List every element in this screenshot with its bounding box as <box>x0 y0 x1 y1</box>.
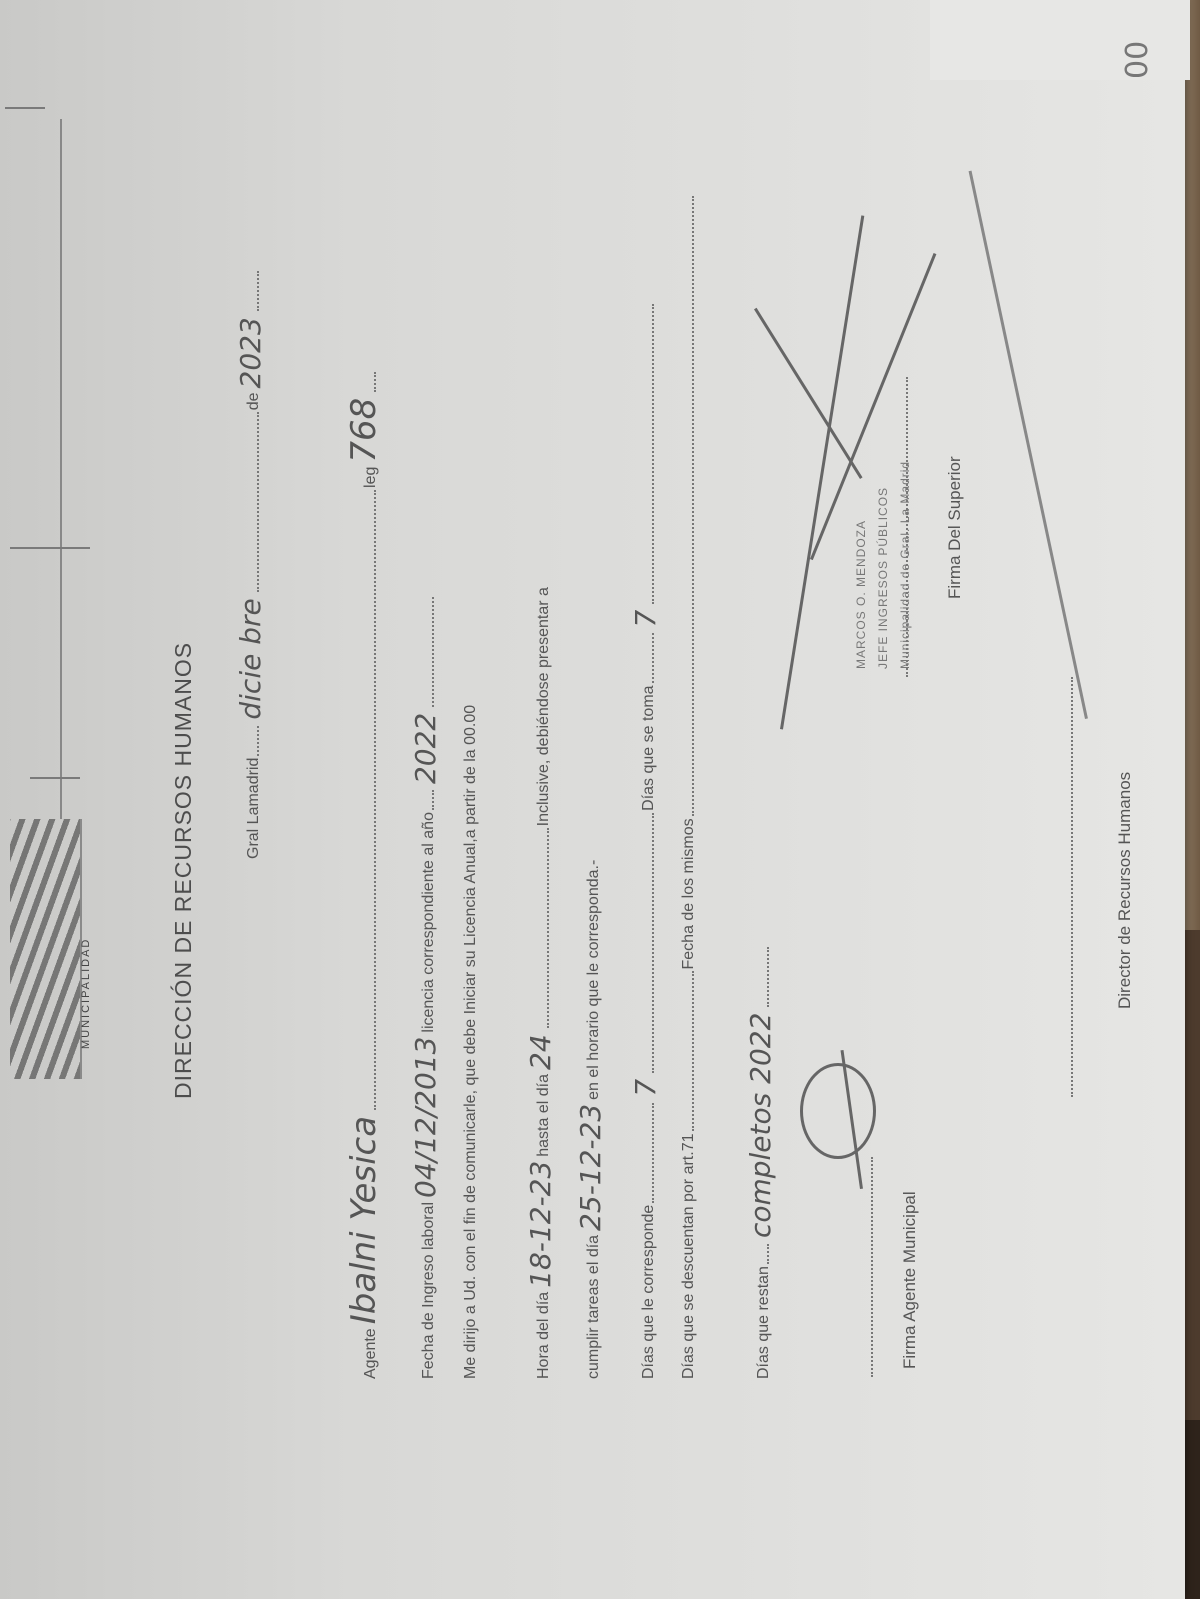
licencia-label: licencia correspondiente al año <box>420 812 438 1033</box>
restan-value: completos 2022 <box>744 1009 777 1242</box>
periodo-line: Hora del día 18-12-23 hasta el día 24 In… <box>520 587 553 1379</box>
dias-restan-line: Días que restan completos 2022 <box>740 945 773 1379</box>
place-label: Gral Lamadrid <box>245 758 263 859</box>
intro-text: Me dirijo a Ud. con el fin de comunicarl… <box>462 705 480 1379</box>
agente-label: Agente <box>362 1328 380 1379</box>
regreso-suffix: en el horario que le corresponda.- <box>585 860 603 1100</box>
hasta-value: 24 <box>524 1030 557 1074</box>
corresponde-label: Días que le corresponde <box>640 1205 658 1379</box>
director-signature-line <box>1070 675 1077 1099</box>
regreso-line: cumplir tareas el día 25-12-23 en el hor… <box>570 860 603 1379</box>
hasta-label: hasta el día <box>535 1074 553 1157</box>
agente-line: Agente Ibalni Yesica leg 768 <box>340 370 380 1379</box>
official-stamp: MARCOS O. MENDOZA JEFE INGRESOS PÚBLICOS… <box>850 339 940 669</box>
toma-label: Días que se toma <box>640 685 658 810</box>
logo-text: MUNICIPALIDAD <box>80 938 92 1049</box>
dias-corresponde-line: Días que le corresponde 7 Días que se to… <box>625 302 658 1379</box>
superior-signature <box>754 308 863 479</box>
dias-descuentan-line: Días que se descuentan por art.71 Fecha … <box>680 194 698 1379</box>
toma-value: 7 <box>629 606 662 632</box>
month-value: dicie bre <box>234 594 267 723</box>
agente-signature <box>800 1063 876 1159</box>
superior-signature-line <box>905 375 912 679</box>
ingreso-value: 04/12/2013 <box>409 1033 442 1202</box>
margin-note: 00 <box>1120 41 1155 79</box>
header-tick <box>5 107 45 109</box>
leg-value: 768 <box>344 394 384 467</box>
header-tick <box>30 777 80 779</box>
ingreso-label: Fecha de Ingreso laboral <box>420 1202 438 1379</box>
firma-superior-label: Firma Del Superior <box>945 456 965 599</box>
descuentan-label: Días que se descuentan por art.71 <box>680 1134 698 1380</box>
hora-label: Hora del día <box>535 1292 553 1379</box>
leg-label: leg <box>362 467 380 488</box>
licencia-year: 2022 <box>409 709 442 788</box>
regreso-value: 25-12-23 <box>574 1100 607 1235</box>
header-rule <box>60 119 62 819</box>
rotated-form: MUNICIPALIDAD DIRECCIÓN DE RECURSOS HUMA… <box>0 0 1185 1599</box>
agente-signature-line <box>870 1155 877 1379</box>
de-label: de <box>245 392 263 410</box>
header-line: Gral Lamadrid dicie bre de 2023 <box>230 269 263 859</box>
pen-stroke <box>969 171 1088 719</box>
page-title: DIRECCIÓN DE RECURSOS HUMANOS <box>170 642 197 1099</box>
year-value: 2023 <box>234 313 267 392</box>
inclusive-text: Inclusive, debiéndose presentar a <box>535 587 553 826</box>
firma-agente-label: Firma Agente Municipal <box>900 1191 920 1369</box>
desde-value: 18-12-23 <box>524 1157 557 1292</box>
agente-value: Ibalni Yesica <box>344 1112 384 1328</box>
stamp-line2: JEFE INGRESOS PÚBLICOS <box>872 339 894 669</box>
header-tick <box>10 547 90 549</box>
corresponde-value: 7 <box>629 1075 662 1101</box>
fecha-mismos-label: Fecha de los mismos <box>680 818 698 969</box>
stamp-line1: MARCOS O. MENDOZA <box>850 339 872 669</box>
municipal-logo: MUNICIPALIDAD <box>10 819 100 1079</box>
director-label: Director de Recursos Humanos <box>1115 772 1135 1009</box>
emblem-icon <box>10 819 82 1079</box>
ingreso-line: Fecha de Ingreso laboral 04/12/2013 lice… <box>405 595 438 1379</box>
intro-line: Me dirijo a Ud. con el fin de comunicarl… <box>462 705 480 1379</box>
regreso-label: cumplir tareas el día <box>585 1235 603 1379</box>
restan-label: Días que restan <box>755 1266 773 1379</box>
